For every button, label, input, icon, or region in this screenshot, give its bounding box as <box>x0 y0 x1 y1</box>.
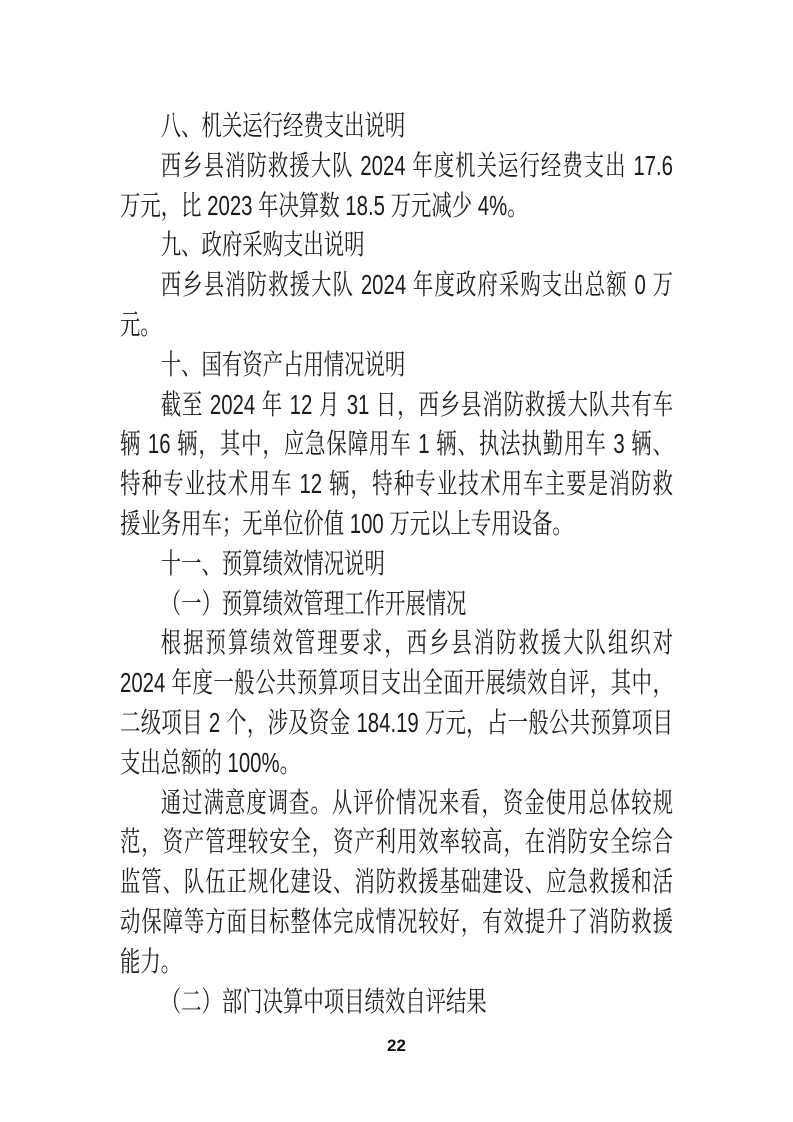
page: 八、机关运行经费支出说明西乡县消防救援大队 2024 年度机关运行经费支出 17… <box>0 0 793 1122</box>
text-line: 二级项目 2 个，涉及资金 184.19 万元，占一般公共预算项目 <box>120 703 673 743</box>
text-line: 辆 16 辆，其中，应急保障用车 1 辆、执法执勤用车 3 辆、 <box>120 424 673 464</box>
text-line: 十、国有资产占用情况说明 <box>120 345 673 385</box>
text-line: 根据预算绩效管理要求，西乡县消防救援大队组织对 <box>120 623 673 663</box>
text-line: 通过满意度调查。从评价情况来看，资金使用总体较规 <box>120 783 673 823</box>
text-line: 动保障等方面目标整体完成情况较好，有效提升了消防救援 <box>120 902 673 942</box>
text-line: 能力。 <box>120 942 673 982</box>
text-line: 2024 年度一般公共预算项目支出全面开展绩效自评，其中， <box>120 663 673 703</box>
text-line: 截至 2024 年 12 月 31 日，西乡县消防救援大队共有车 <box>120 385 673 425</box>
document-body: 八、机关运行经费支出说明西乡县消防救援大队 2024 年度机关运行经费支出 17… <box>120 106 673 1021</box>
text-line: （一）预算绩效管理工作开展情况 <box>120 584 673 624</box>
text-line: 元。 <box>120 305 673 345</box>
text-line: 援业务用车；无单位价值 100 万元以上专用设备。 <box>120 504 673 544</box>
text-line: 十一、预算绩效情况说明 <box>120 544 673 584</box>
text-line: 特种专业技术用车 12 辆，特种专业技术用车主要是消防救 <box>120 464 673 504</box>
text-line: 监管、队伍正规化建设、消防救援基础建设、应急救援和活 <box>120 862 673 902</box>
text-line: 西乡县消防救援大队 2024 年度机关运行经费支出 17.6 <box>120 146 673 186</box>
text-line: 万元，比 2023 年决算数 18.5 万元减少 4%。 <box>120 186 673 226</box>
text-line: 九、政府采购支出说明 <box>120 225 673 265</box>
text-line: 支出总额的 100%。 <box>120 743 673 783</box>
text-line: 西乡县消防救援大队 2024 年度政府采购支出总额 0 万 <box>120 265 673 305</box>
text-line: 范，资产管理较安全，资产利用效率较高，在消防安全综合 <box>120 822 673 862</box>
text-line: （二）部门决算中项目绩效自评结果 <box>120 982 673 1022</box>
text-line: 八、机关运行经费支出说明 <box>120 106 673 146</box>
page-number: 22 <box>0 1036 793 1056</box>
